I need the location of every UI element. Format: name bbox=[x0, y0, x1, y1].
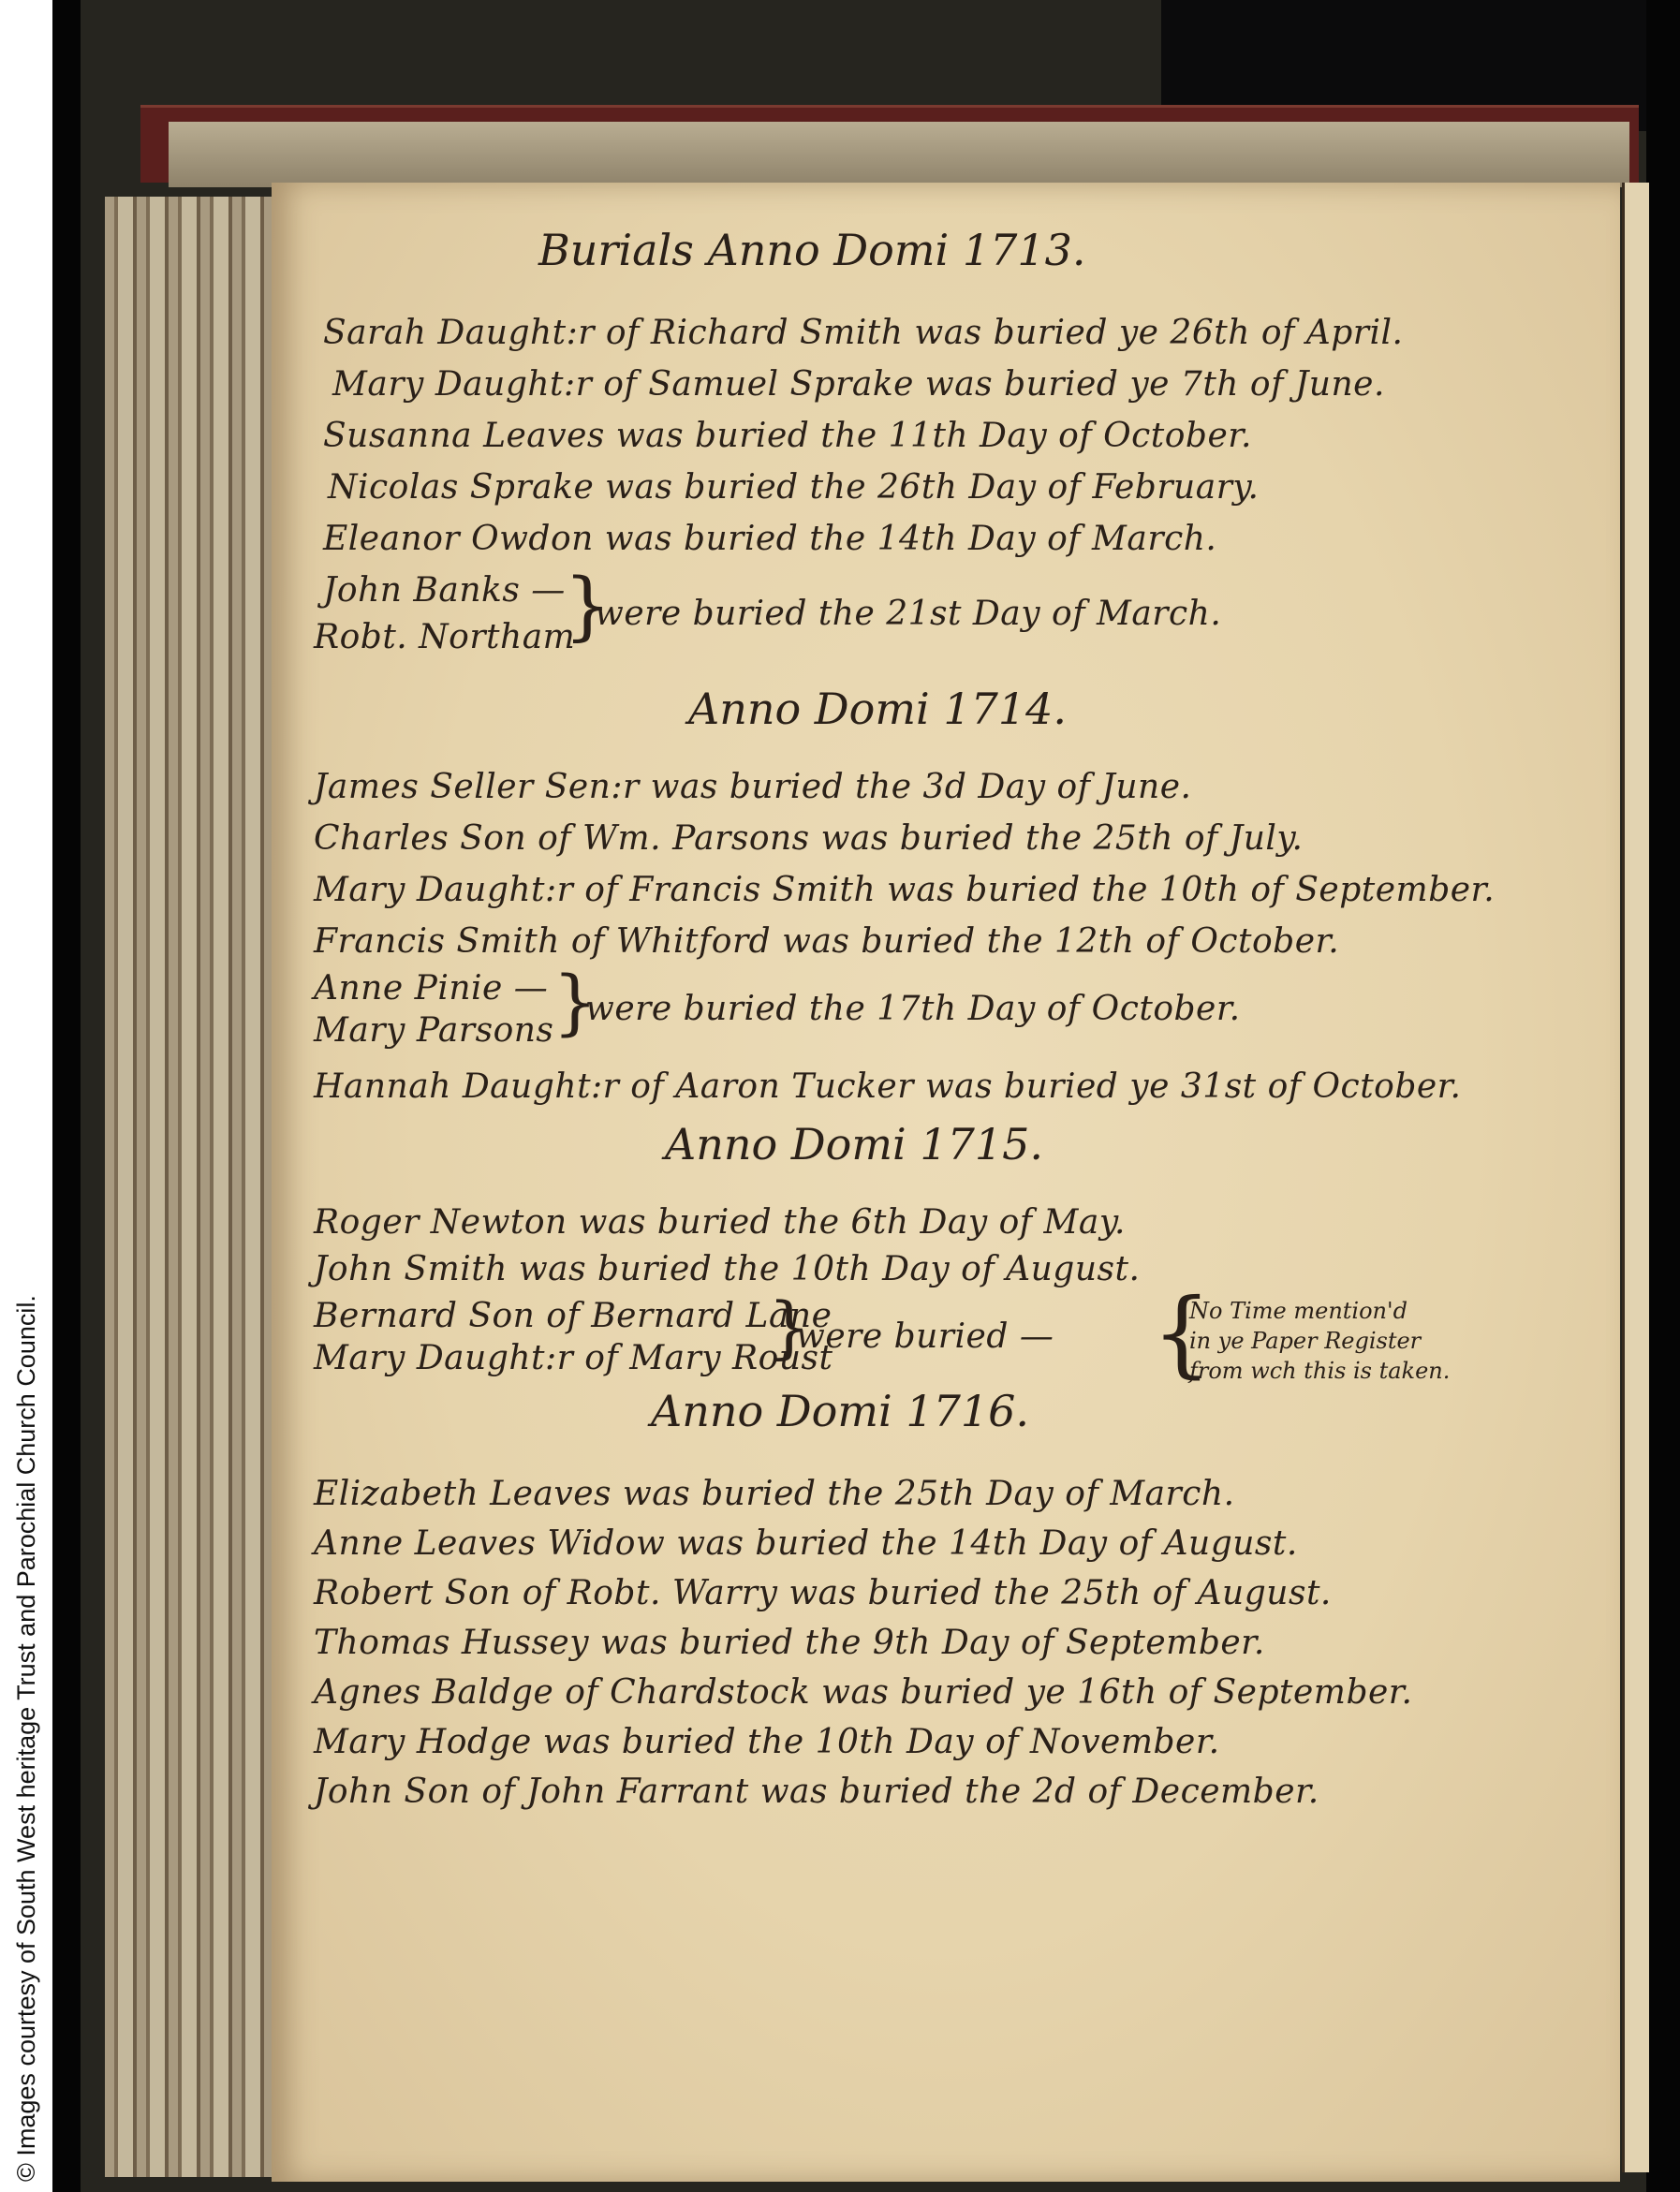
burial-entry: John Smith was buried the 10th Day of Au… bbox=[314, 1250, 1140, 1288]
section-heading-1715: Anno Domi 1715. bbox=[665, 1119, 1043, 1170]
section-heading-1716: Anno Domi 1716. bbox=[651, 1386, 1029, 1436]
page-stack-left bbox=[105, 197, 273, 2177]
section-heading-1714: Anno Domi 1714. bbox=[688, 684, 1067, 734]
burial-entry: Robert Son of Robt. Warry was buried the… bbox=[314, 1574, 1332, 1612]
left-black-band bbox=[52, 0, 81, 2192]
margin-note-line: in ye Paper Register bbox=[1189, 1327, 1421, 1355]
burial-entry-shared: were buried — bbox=[796, 1317, 1054, 1356]
burial-entry: Susanna Leaves was buried the 11th Day o… bbox=[323, 417, 1252, 455]
margin-note-line: No Time mention'd bbox=[1189, 1297, 1407, 1325]
register-page: Burials Anno Domi 1713. Sarah Daught:r o… bbox=[272, 183, 1620, 2182]
burial-entry-name: Mary Daught:r of Mary Roust bbox=[314, 1339, 833, 1377]
burial-entry: Elizabeth Leaves was buried the 25th Day… bbox=[314, 1475, 1235, 1513]
section-heading-1713: Burials Anno Domi 1713. bbox=[538, 225, 1086, 275]
burial-entry: James Seller Sen:r was buried the 3d Day… bbox=[314, 768, 1191, 806]
burial-entry: Sarah Daught:r of Richard Smith was buri… bbox=[323, 314, 1404, 352]
burial-entry: John Son of John Farrant was buried the … bbox=[314, 1773, 1319, 1811]
burial-entry-name: Mary Parsons bbox=[314, 1011, 553, 1050]
burial-entry-name: John Banks — bbox=[323, 571, 566, 610]
burial-entry-shared: were buried the 17th Day of October. bbox=[585, 990, 1241, 1028]
right-black-band bbox=[1646, 0, 1680, 2192]
burial-entry: Charles Son of Wm. Parsons was buried th… bbox=[314, 819, 1303, 858]
burial-entry: Agnes Baldge of Chardstock was buried ye… bbox=[314, 1673, 1412, 1712]
burial-entry-name: Anne Pinie — bbox=[314, 969, 548, 1008]
next-page-edge bbox=[1622, 183, 1649, 2172]
burial-entry: Nicolas Sprake was buried the 26th Day o… bbox=[328, 468, 1259, 507]
burial-entry-name: Bernard Son of Bernard Lane bbox=[314, 1297, 832, 1335]
burial-entry: Thomas Hussey was buried the 9th Day of … bbox=[314, 1624, 1265, 1662]
burial-entry-shared: were buried the 21st Day of March. bbox=[595, 595, 1221, 633]
margin-note-line: from wch this is taken. bbox=[1189, 1357, 1450, 1385]
burial-entry: Mary Daught:r of Samuel Sprake was burie… bbox=[332, 365, 1385, 404]
burial-entry: Mary Daught:r of Francis Smith was burie… bbox=[314, 871, 1495, 909]
copyright-caption: © Images courtesy of South West heritage… bbox=[13, 1295, 39, 2182]
burial-entry: Mary Hodge was buried the 10th Day of No… bbox=[314, 1723, 1220, 1761]
page-stack-top bbox=[169, 122, 1629, 187]
burial-entry: Eleanor Owdon was buried the 14th Day of… bbox=[323, 520, 1216, 558]
burial-entry: Hannah Daught:r of Aaron Tucker was buri… bbox=[314, 1067, 1461, 1106]
burial-entry: Francis Smith of Whitford was buried the… bbox=[314, 922, 1339, 961]
burial-entry: Roger Newton was buried the 6th Day of M… bbox=[314, 1203, 1126, 1242]
burial-entry-name: Robt. Northam bbox=[314, 618, 575, 656]
burial-entry: Anne Leaves Widow was buried the 14th Da… bbox=[314, 1524, 1298, 1563]
